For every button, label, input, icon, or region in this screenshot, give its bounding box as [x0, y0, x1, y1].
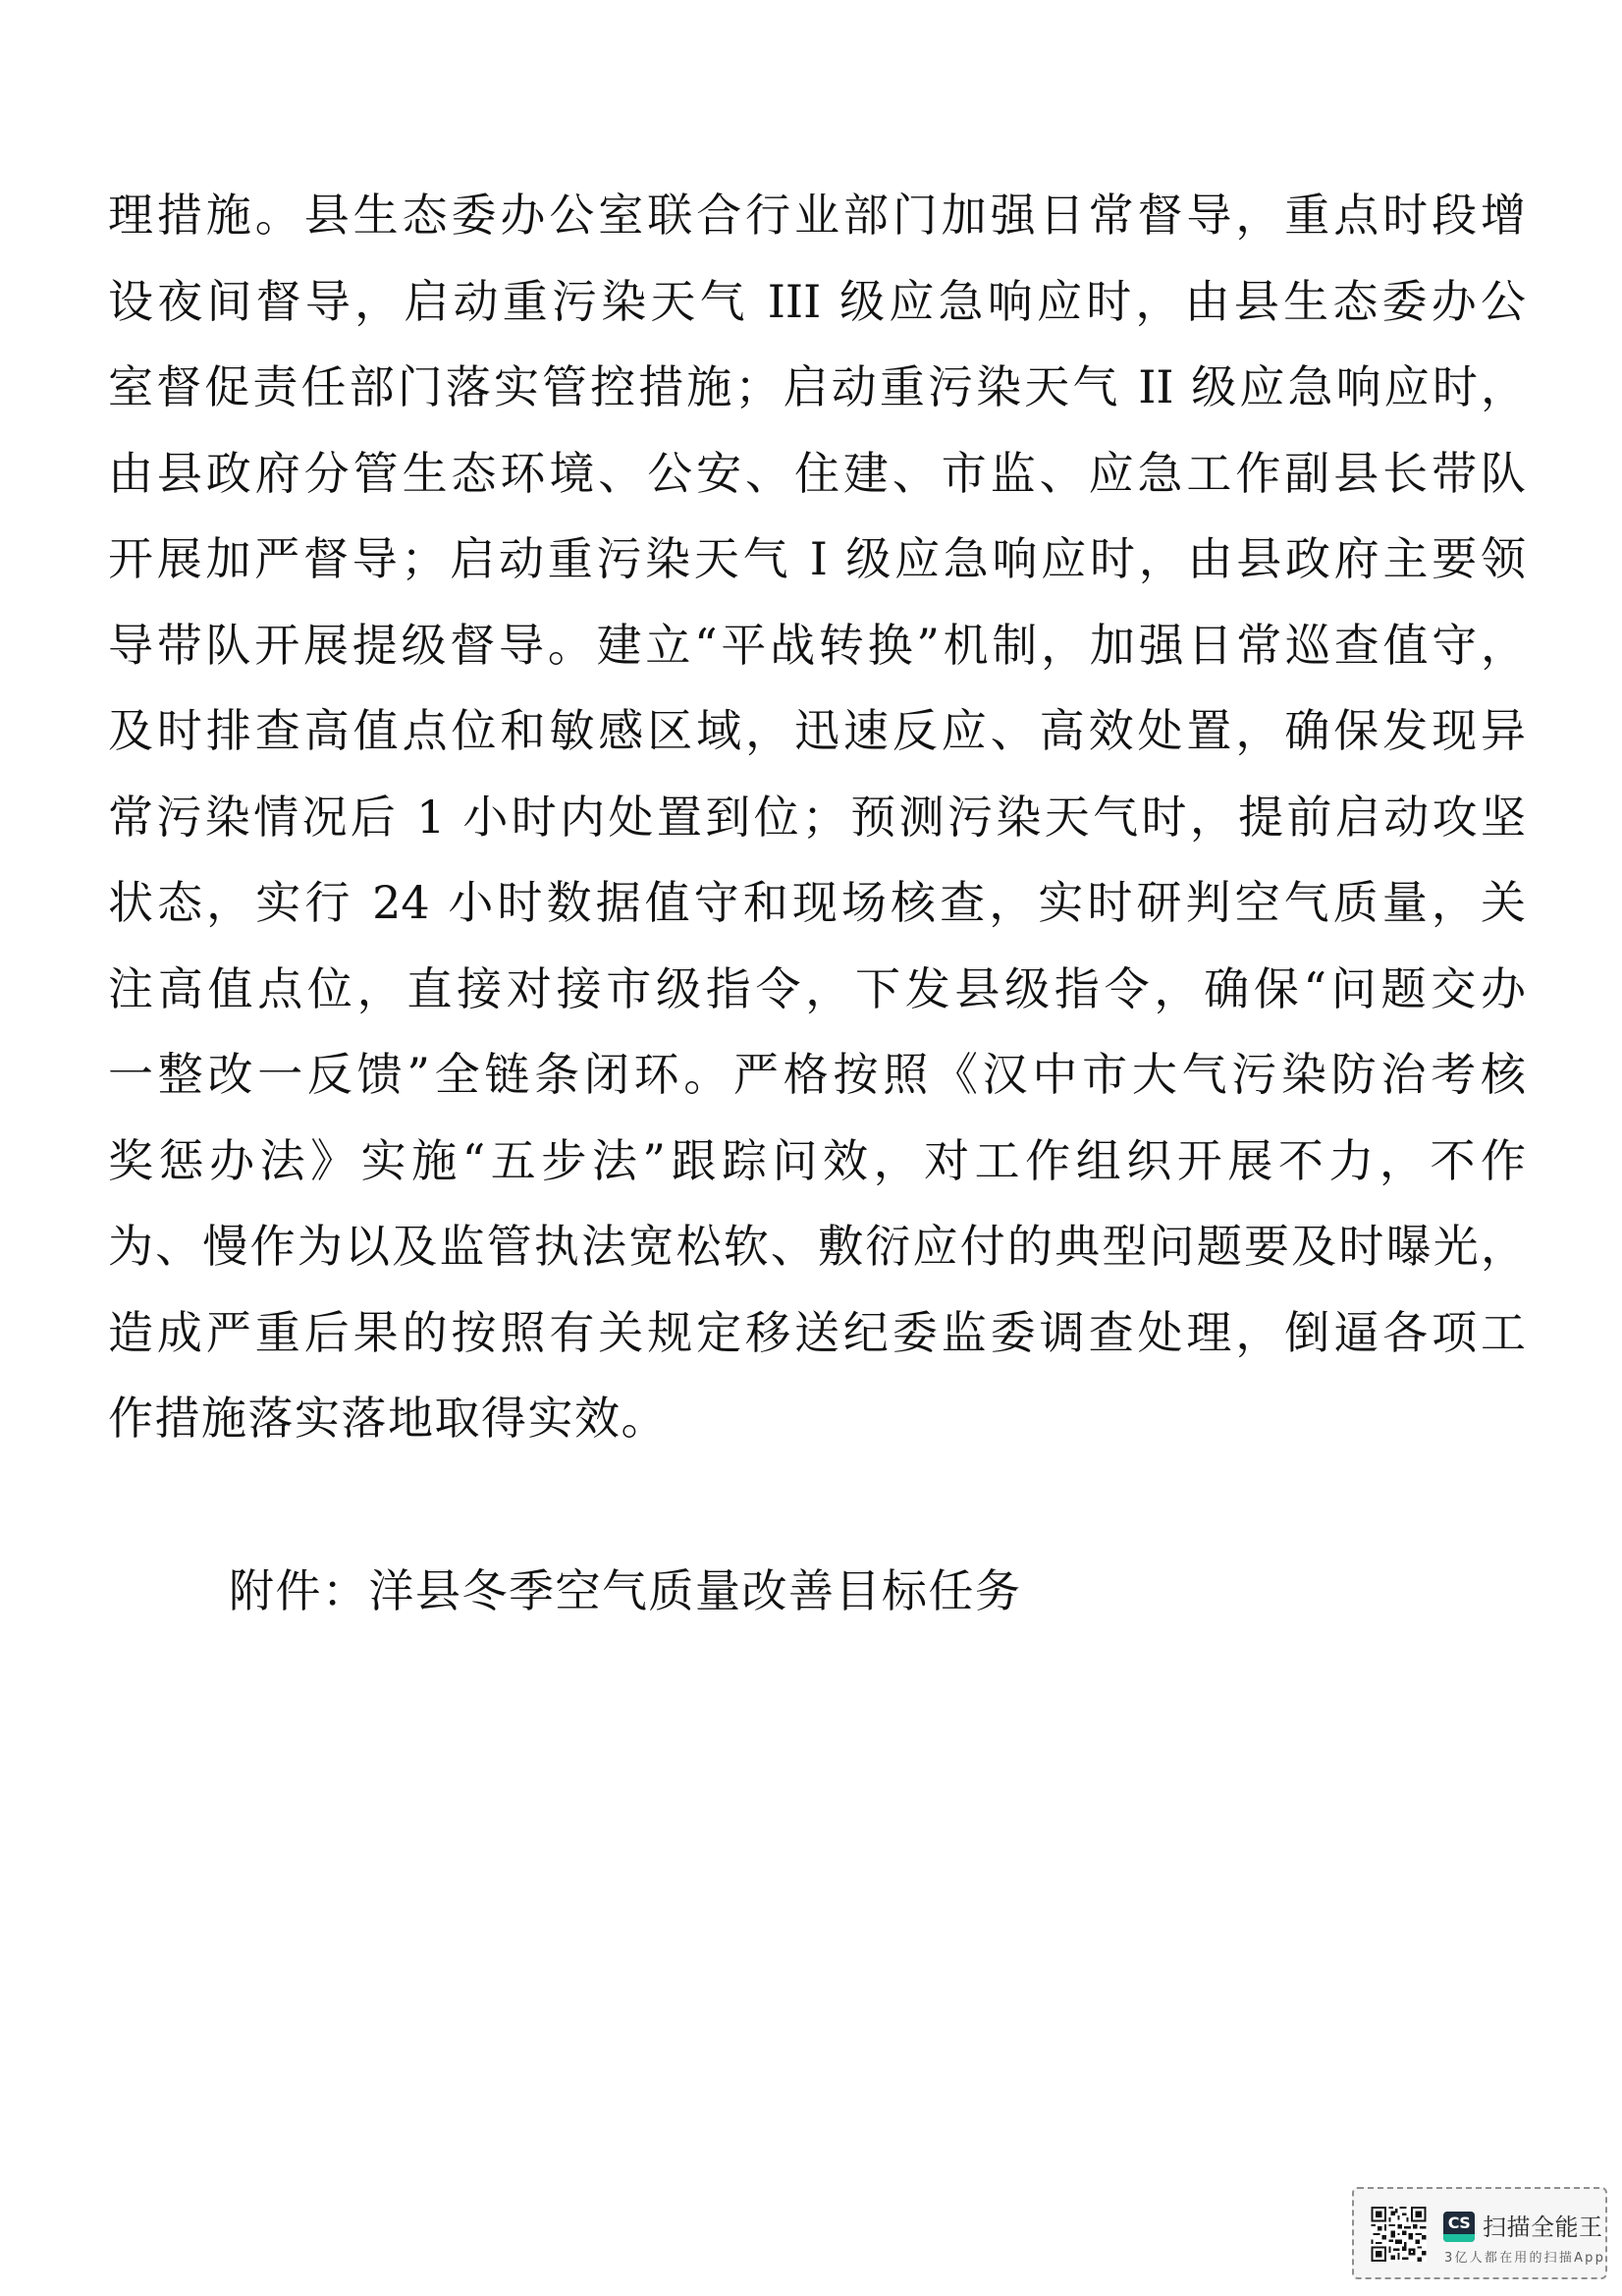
- body-line: 室督促责任部门落实管控措施；启动重污染天气 II 级应急响应时，: [108, 345, 1526, 431]
- body-line: 及时排查高值点位和敏感区域，迅速反应、高效处置，确保发现异: [108, 688, 1526, 775]
- body-line: 一整改一反馈”全链条闭环。严格按照《汉中市大气污染防治考核: [108, 1032, 1526, 1119]
- qr-code-icon: [1371, 2207, 1427, 2262]
- body-line: 造成严重后果的按照有关规定移送纪委监委调查处理，倒逼各项工: [108, 1290, 1526, 1377]
- body-line: 为、慢作为以及监管执法宽松软、敷衍应付的典型问题要及时曝光，: [108, 1204, 1526, 1290]
- body-line: 导带队开展提级督导。建立“平战转换”机制，加强日常巡查值守，: [108, 603, 1526, 689]
- attachment-line: 附件：洋县冬季空气质量改善目标任务: [229, 1549, 1022, 1635]
- body-line: 奖惩办法》实施“五步法”跟踪问效，对工作组织开展不力，不作: [108, 1119, 1526, 1205]
- body-line: 注高值点位，直接对接市级指令，下发县级指令，确保“问题交办: [108, 947, 1526, 1033]
- body-line-last: 作措施落实落地取得实效。: [108, 1376, 1526, 1462]
- logo-band: [1443, 2234, 1475, 2242]
- body-line: 理措施。县生态委办公室联合行业部门加强日常督导，重点时段增: [108, 173, 1526, 259]
- brand-name: 扫描全能王: [1483, 2213, 1603, 2242]
- body-line: 开展加严督导；启动重污染天气 I 级应急响应时，由县政府主要领: [108, 517, 1526, 603]
- body-paragraph: 理措施。县生态委办公室联合行业部门加强日常督导，重点时段增 设夜间督导，启动重污…: [108, 173, 1526, 1462]
- camscanner-logo-icon: CS: [1443, 2212, 1475, 2242]
- camscanner-watermark: CS 扫描全能王 3亿人都在用的扫描App: [1352, 2187, 1607, 2279]
- document-page: 理措施。县生态委办公室联合行业部门加强日常督导，重点时段增 设夜间督导，启动重污…: [0, 0, 1622, 2296]
- body-line: 状态，实行 24 小时数据值守和现场核查，实时研判空气质量，关: [108, 860, 1526, 947]
- logo-text: CS: [1443, 2214, 1475, 2233]
- body-line: 由县政府分管生态环境、公安、住建、市监、应急工作副县长带队: [108, 431, 1526, 518]
- body-line: 设夜间督导，启动重污染天气 III 级应急响应时，由县生态委办公: [108, 259, 1526, 346]
- brand-tagline: 3亿人都在用的扫描App: [1444, 2250, 1605, 2268]
- body-line: 常污染情况后 1 小时内处置到位；预测污染天气时，提前启动攻坚: [108, 775, 1526, 861]
